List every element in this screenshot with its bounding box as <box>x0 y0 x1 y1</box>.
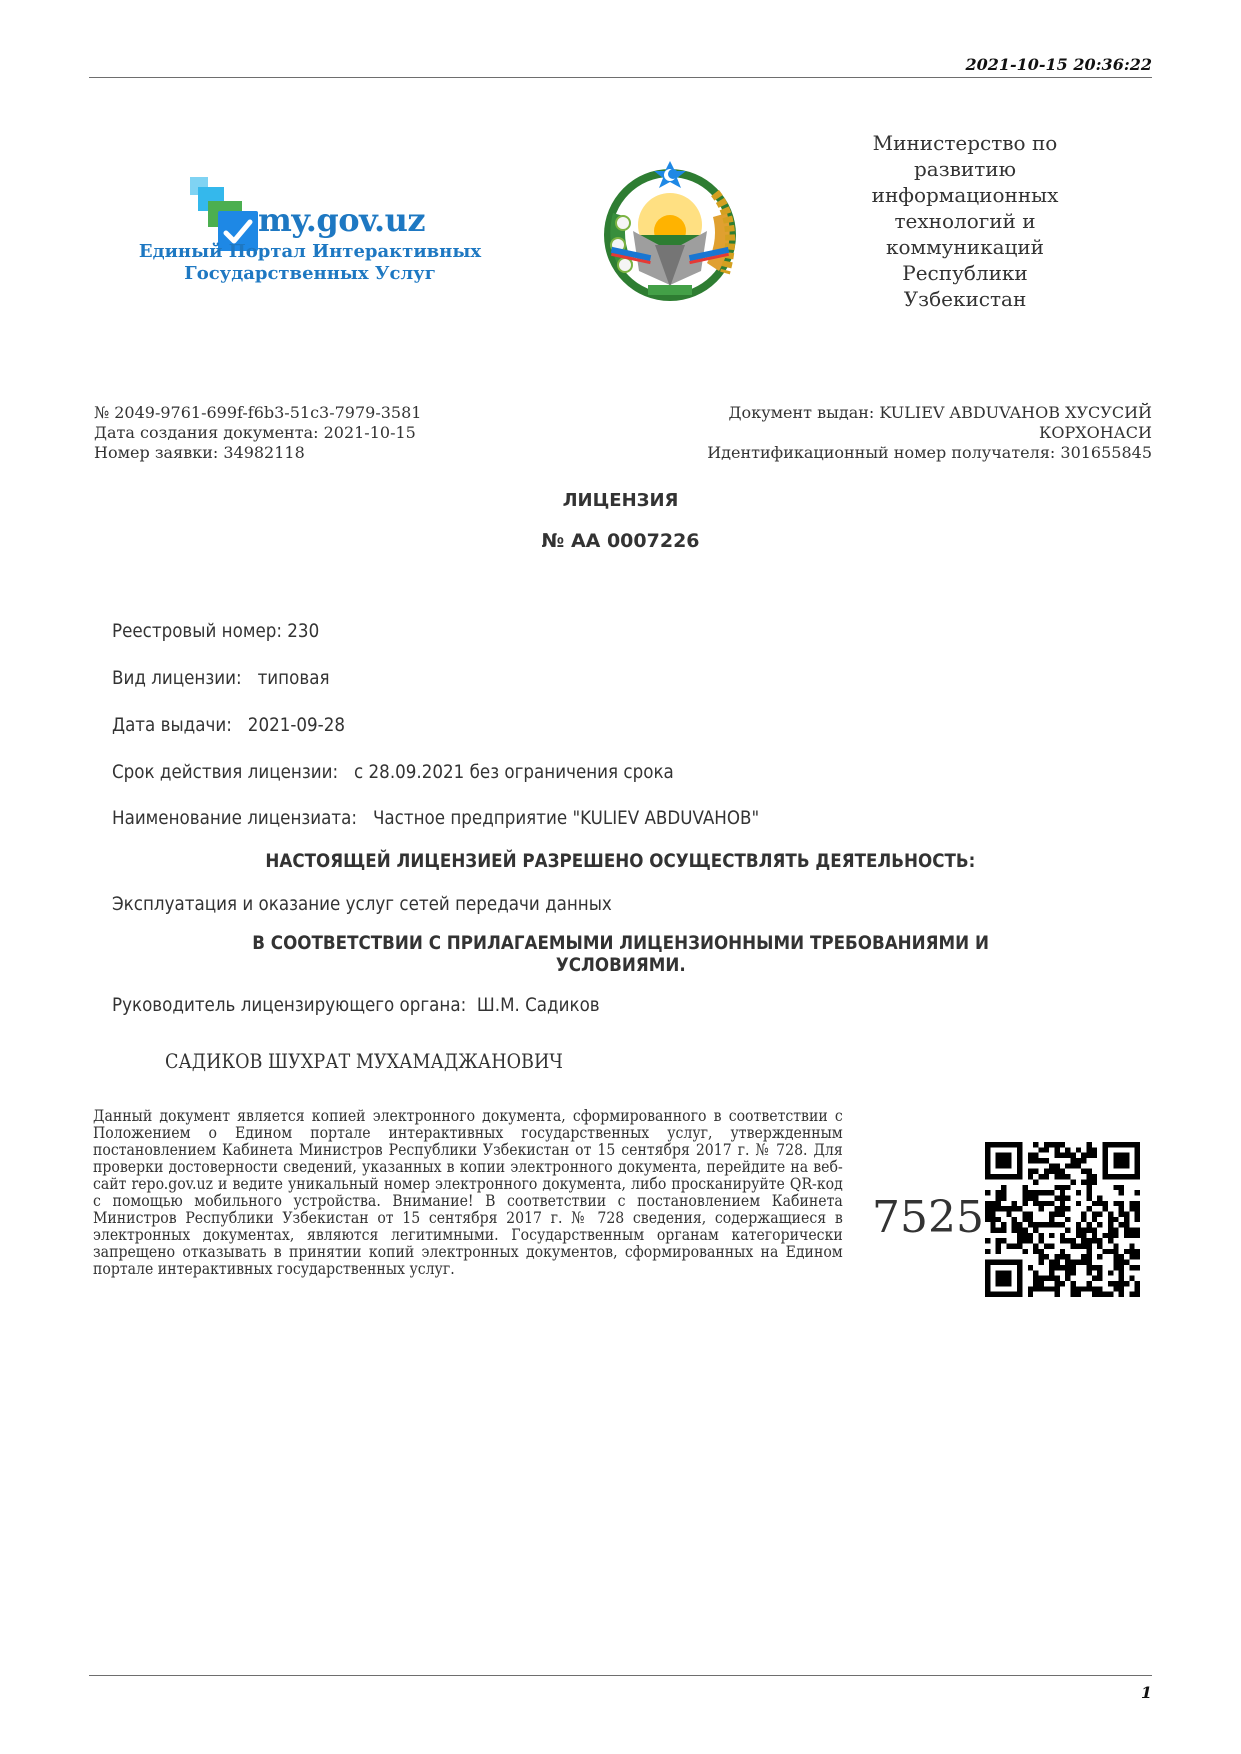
site-name: my.gov.uz <box>258 201 425 239</box>
legal-disclaimer: Данный документ является копией электрон… <box>93 1107 843 1277</box>
field-value: Частное предприятие "KULIEV ABDUVAHOB" <box>373 807 759 829</box>
field-value: типовая <box>258 667 330 689</box>
field-value: Ш.М. Садиков <box>477 994 600 1016</box>
recipient-meta: Документ выдан: KULIEV ABDUVAHOB ХУСУСИЙ… <box>592 403 1152 463</box>
qr-code-icon <box>985 1142 1140 1297</box>
ministry-line: информационных <box>845 182 1085 208</box>
field-label: Наименование лицензиата: <box>112 807 357 829</box>
field-label: Руководитель лицензирующего органа: <box>112 994 466 1016</box>
state-emblem-icon <box>593 153 748 308</box>
field-license-type: Вид лицензии: типовая <box>112 667 329 689</box>
issued-to: Документ выдан: KULIEV ABDUVAHOB ХУСУСИЙ <box>592 403 1152 423</box>
licensing-head: Руководитель лицензирующего органа: Ш.М.… <box>112 994 600 1016</box>
field-value: 2021-09-28 <box>248 714 345 736</box>
print-timestamp: 2021-10-15 20:36:22 <box>965 55 1152 74</box>
disclaimer-text: Данный документ является копией электрон… <box>93 1107 843 1277</box>
ministry-name: Министерство по развитию информационных … <box>845 130 1085 312</box>
document-meta: № 2049-9761-699f-f6b3-51c3-7979-3581 Дат… <box>94 403 421 463</box>
ministry-line: Министерство по <box>845 130 1085 156</box>
field-label: Реестровый номер: <box>112 620 282 642</box>
portal-name-line2: Государственных Услуг <box>120 263 500 285</box>
field-validity: Срок действия лицензии: с 28.09.2021 без… <box>112 761 674 783</box>
mygov-logo: my.gov.uz Единый Портал Интерактивных Го… <box>120 175 500 295</box>
field-value: с 28.09.2021 без ограничения срока <box>354 761 674 783</box>
header-divider <box>89 77 1152 78</box>
ministry-line: Узбекистан <box>845 286 1085 312</box>
field-value: 230 <box>287 620 319 642</box>
ministry-line: коммуникаций <box>845 234 1085 260</box>
creation-date: Дата создания документа: 2021-10-15 <box>94 423 421 443</box>
portal-name-line1: Единый Портал Интерактивных <box>120 241 500 263</box>
ministry-line: технологий и <box>845 208 1085 234</box>
field-issue-date: Дата выдачи: 2021-09-28 <box>112 714 345 736</box>
ministry-line: развитию <box>845 156 1085 182</box>
page-number: 1 <box>1141 1683 1152 1702</box>
permitted-activity: Эксплуатация и оказание услуг сетей пере… <box>112 893 612 915</box>
license-title: ЛИЦЕНЗИЯ <box>0 490 1241 511</box>
permitted-heading: НАСТОЯЩЕЙ ЛИЦЕНЗИЕЙ РАЗРЕШЕНО ОСУЩЕСТВЛЯ… <box>0 850 1241 872</box>
field-label: Дата выдачи: <box>112 714 232 736</box>
recipient-id: Идентификационный номер получателя: 3016… <box>592 443 1152 463</box>
license-number: № AA 0007226 <box>0 530 1241 552</box>
conditions-heading: В СООТВЕТСТВИИ С ПРИЛАГАЕМЫМИ ЛИЦЕНЗИОНН… <box>0 932 1241 976</box>
field-label: Срок действия лицензии: <box>112 761 338 783</box>
portal-name: Единый Портал Интерактивных Государствен… <box>120 241 500 285</box>
field-licensee: Наименование лицензиата: Частное предпри… <box>112 807 759 829</box>
verification-code: 7525 <box>872 1192 984 1243</box>
document-number: № 2049-9761-699f-f6b3-51c3-7979-3581 <box>94 403 421 423</box>
issued-to-cont: КОРХОНАСИ <box>592 423 1152 443</box>
signer-name: САДИКОВ ШУХРАТ МУХАМАДЖАНОВИЧ <box>165 1049 563 1073</box>
field-label: Вид лицензии: <box>112 667 242 689</box>
ministry-line: Республики <box>845 260 1085 286</box>
footer-divider <box>89 1675 1152 1676</box>
field-registry-number: Реестровый номер: 230 <box>112 620 319 642</box>
application-number: Номер заявки: 34982118 <box>94 443 421 463</box>
